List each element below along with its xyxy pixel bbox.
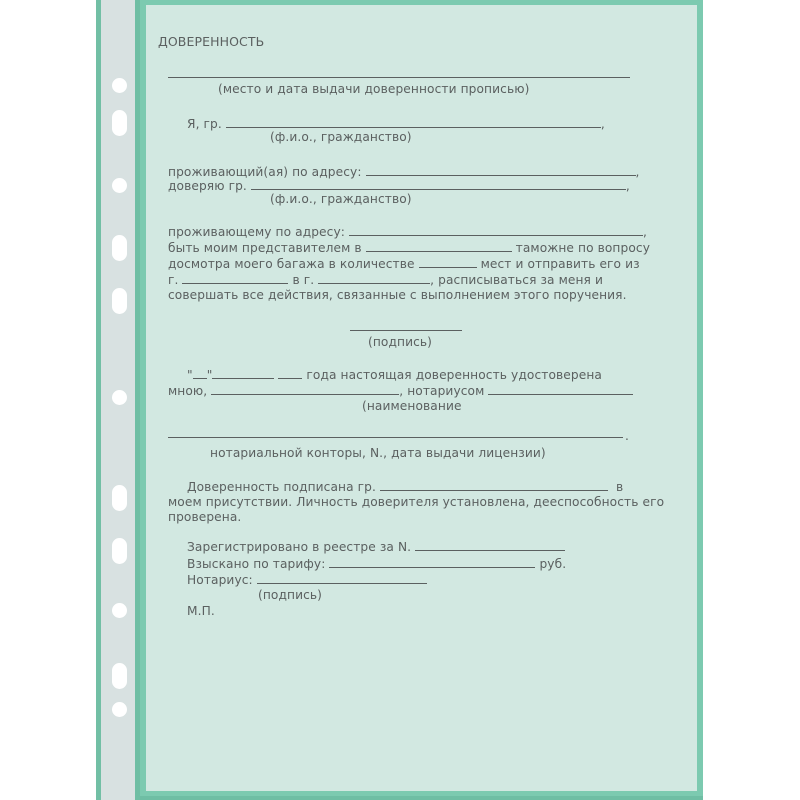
- registry-line: Зарегистрировано в реестре за N.: [187, 539, 565, 554]
- agent-line: доверяю гр. ,: [168, 178, 630, 193]
- registry-label: Зарегистрировано в реестре за N.: [187, 540, 411, 554]
- certified-text: года настоящая доверенность удостоверена: [306, 368, 602, 382]
- agent-name-field[interactable]: [251, 178, 626, 190]
- tariff-label: Взыскано по тарифу:: [187, 557, 325, 571]
- notary-office-field[interactable]: [488, 383, 633, 395]
- representative-label: быть моим представителем в: [168, 241, 362, 255]
- inspection-line: досмотра моего багажа в количестве мест …: [168, 256, 640, 271]
- punch-hole: [112, 178, 127, 193]
- address-label: проживающий(ая) по адресу:: [168, 165, 362, 179]
- name-hint: (наименование: [362, 399, 462, 413]
- punch-hole: [112, 702, 127, 717]
- certification-line: "" года настоящая доверенность удостовер…: [187, 367, 602, 382]
- punch-hole: [112, 235, 127, 261]
- fio-hint: (ф.и.о., гражданство): [270, 130, 412, 144]
- city-from-field[interactable]: [182, 272, 288, 284]
- punch-hole: [112, 538, 127, 564]
- office-hint: нотариальной конторы, N., дата выдачи ли…: [210, 446, 546, 460]
- punch-hole: [112, 485, 127, 511]
- tariff-line: Взыскано по тарифу: руб.: [187, 556, 566, 571]
- agent-address-line: проживающему по адресу: ,: [168, 224, 647, 239]
- seal-label: М.П.: [187, 604, 215, 618]
- day-field[interactable]: [193, 367, 207, 379]
- city-from-label: г.: [168, 273, 178, 287]
- punch-hole: [112, 390, 127, 405]
- cities-line: г. в г. , расписываться за меня и: [168, 272, 603, 287]
- year-field[interactable]: [278, 367, 302, 379]
- signature-hint: (подпись): [368, 335, 432, 349]
- fio-hint: (ф.и.о., гражданство): [270, 192, 412, 206]
- notary-office-line[interactable]: [168, 437, 623, 438]
- month-field[interactable]: [212, 367, 274, 379]
- signer-name-field[interactable]: [380, 479, 608, 491]
- registry-number-field[interactable]: [415, 539, 565, 551]
- principal-name-field[interactable]: [226, 116, 601, 128]
- agent-label: доверяю гр.: [168, 179, 247, 193]
- sign-text: , расписываться за меня и: [430, 273, 603, 287]
- punch-hole: [112, 110, 127, 136]
- principal-signature-field[interactable]: [350, 330, 462, 331]
- principal-address-field[interactable]: [366, 164, 636, 176]
- place-date-line[interactable]: [168, 77, 630, 78]
- principal-label: Я, гр.: [187, 117, 222, 131]
- baggage-count-field[interactable]: [419, 256, 477, 268]
- customs-office-field[interactable]: [366, 240, 512, 252]
- tariff-amount-field[interactable]: [329, 556, 535, 568]
- rub-label: руб.: [539, 557, 566, 571]
- notary-signature-line: Нотариус:: [187, 572, 427, 587]
- document-title: ДОВЕРЕННОСТЬ: [158, 35, 264, 49]
- notary-signature-field[interactable]: [257, 572, 427, 584]
- principal-address-line: проживающий(ая) по адресу: ,: [168, 164, 640, 179]
- address-label: проживающему по адресу:: [168, 225, 345, 239]
- by-me-label: мною,: [168, 384, 207, 398]
- period: .: [625, 429, 629, 443]
- notary-line: мною, , нотариусом: [168, 383, 633, 398]
- signature-hint: (подпись): [258, 588, 322, 602]
- places-text: мест и отправить его из: [481, 257, 640, 271]
- punch-hole: [112, 663, 127, 689]
- representative-line: быть моим представителем в таможне по во…: [168, 240, 650, 255]
- notary-text: , нотариусом: [399, 384, 484, 398]
- signed-by-line: Доверенность подписана гр. в: [187, 479, 623, 494]
- place-date-hint: (место и дата выдачи доверенности пропис…: [218, 82, 529, 96]
- notary-name-field[interactable]: [211, 383, 399, 395]
- city-to-field[interactable]: [318, 272, 430, 284]
- presence-text: моем присутствии. Личность доверителя ус…: [168, 495, 664, 509]
- principal-line: Я, гр. ,: [187, 116, 605, 131]
- signed-by-label: Доверенность подписана гр.: [187, 480, 376, 494]
- punched-binding-strip: [96, 0, 136, 800]
- in-text: в: [616, 480, 623, 494]
- verified-text: проверена.: [168, 510, 241, 524]
- inspection-text: досмотра моего багажа в количестве: [168, 257, 415, 271]
- notary-label: Нотариус:: [187, 573, 253, 587]
- punch-hole: [112, 288, 127, 314]
- punch-hole: [112, 603, 127, 618]
- city-to-label: в г.: [292, 273, 314, 287]
- agent-address-field[interactable]: [349, 224, 643, 236]
- perform-actions-text: совершать все действия, связанные с выпо…: [168, 288, 627, 302]
- punch-hole: [112, 78, 127, 93]
- customs-text: таможне по вопросу: [516, 241, 650, 255]
